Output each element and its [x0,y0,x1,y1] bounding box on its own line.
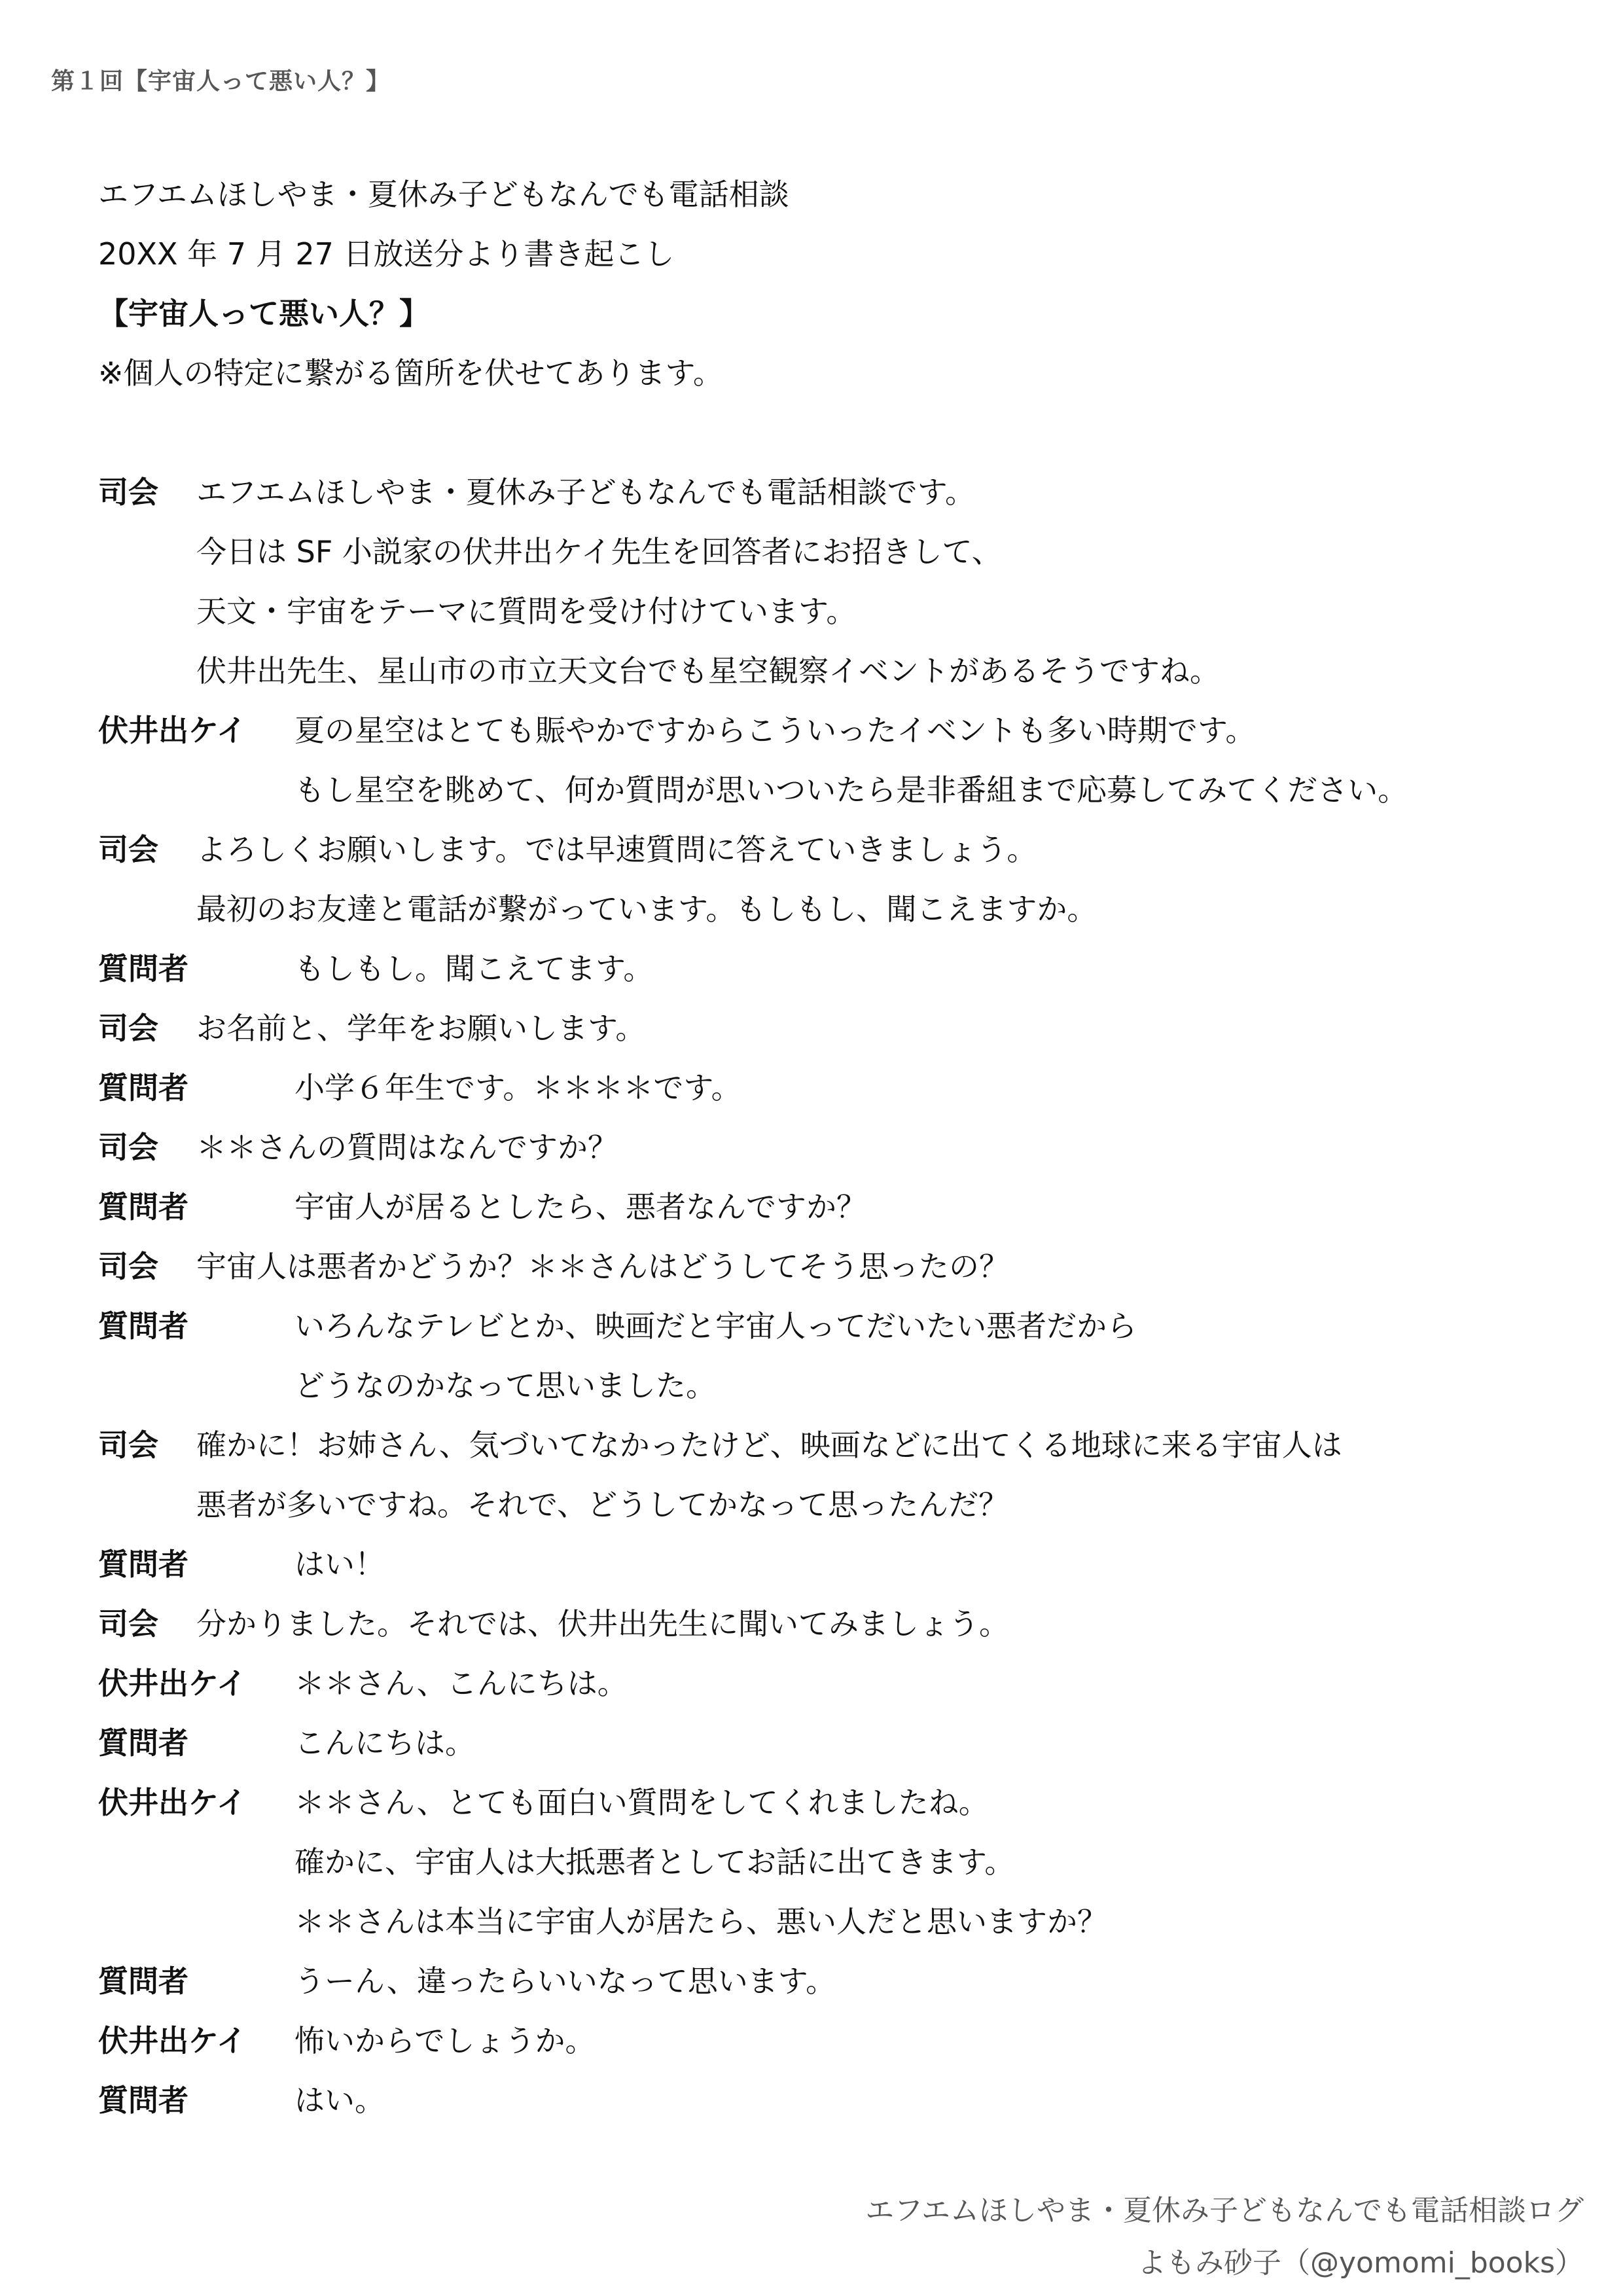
speaker-label: 伏井出ケイ [98,2011,294,2071]
utterance-line: 小学６年生です。＊＊＊＊です。 [294,1058,1603,1118]
dialogue-turn: 司会 ＊＊さんの質問はなんですか？ [98,1118,1603,1177]
utterance-line: ＊＊さん、こんにちは。 [294,1654,1603,1713]
speaker-label: 質問者 [98,1713,294,1773]
utterance-line: もし星空を眺めて、何か質問が思いついたら是非番組まで応募してみてください。 [294,761,1603,820]
author-credit: よもみ砂子（@yomomi_books） [865,2237,1584,2289]
dialogue-turn: 質問者 こんにちは。 [98,1713,1603,1773]
utterance-line: はい！ [294,1535,1603,1594]
utterance-line: エフエムほしやま・夏休み子どもなんでも電話相談です。 [196,463,1603,522]
dialogue-turn: 司会 エフエムほしやま・夏休み子どもなんでも電話相談です。 今日は SF 小説家… [98,463,1603,701]
dialogue-turn: 司会 分かりました。それでは、伏井出先生に聞いてみましょう。 [98,1594,1603,1654]
series-name: エフエムほしやま・夏休み子どもなんでも電話相談ログ [865,2185,1584,2237]
dialogue-turn: 司会 お名前と、学年をお願いします。 [98,999,1603,1058]
speaker-label: 伏井出ケイ [98,1773,294,1833]
dialogue-turn: 司会 よろしくお願いします。では早速質問に答えていきましょう。 最初のお友達と電… [98,820,1603,939]
utterance-line: よろしくお願いします。では早速質問に答えていきましょう。 [196,820,1603,880]
intro-block: エフエムほしやま・夏休み子どもなんでも電話相談 20XX 年 7 月 27 日放… [98,165,789,403]
utterance-line: ＊＊さんは本当に宇宙人が居たら、悪い人だと思いますか？ [294,1892,1603,1952]
program-name: エフエムほしやま・夏休み子どもなんでも電話相談 [98,165,789,224]
utterance-line: もしもし。聞こえてます。 [294,939,1603,999]
speaker-label: 質問者 [98,1535,294,1594]
utterance-line: 夏の星空はとても賑やかですからこういったイベントも多い時期です。 [294,701,1603,761]
page-footer: エフエムほしやま・夏休み子どもなんでも電話相談ログ よもみ砂子（@yomomi_… [865,2185,1584,2289]
utterance-line: 最初のお友達と電話が繋がっています。もしもし、聞こえますか。 [196,880,1603,939]
utterance-line: 分かりました。それでは、伏井出先生に聞いてみましょう。 [196,1594,1603,1654]
dialogue-turn: 伏井出ケイ ＊＊さん、こんにちは。 [98,1654,1603,1713]
dialogue-turn: 伏井出ケイ 怖いからでしょうか。 [98,2011,1603,2071]
privacy-note: ※個人の特定に繋がる箇所を伏せてあります。 [98,344,789,403]
broadcast-date: 20XX 年 7 月 27 日放送分より書き起こし [98,224,789,284]
utterance-line: 伏井出先生、星山市の市立天文台でも星空観察イベントがあるそうですね。 [196,641,1603,701]
dialogue-turn: 質問者 はい。 [98,2071,1603,2130]
utterance-line: 天文・宇宙をテーマに質問を受け付けています。 [196,582,1603,641]
dialogue-turn: 伏井出ケイ 夏の星空はとても賑やかですからこういったイベントも多い時期です。 も… [98,701,1603,820]
transcript: 司会 エフエムほしやま・夏休み子どもなんでも電話相談です。 今日は SF 小説家… [98,463,1603,2130]
speaker-label: 質問者 [98,2071,294,2130]
utterance-line: 確かに！お姉さん、気づいてなかったけど、映画などに出てくる地球に来る宇宙人は [196,1416,1603,1475]
speaker-label: 司会 [98,1118,196,1177]
speaker-label: 伏井出ケイ [98,701,294,761]
dialogue-turn: 司会 宇宙人は悪者かどうか？＊＊さんはどうしてそう思ったの？ [98,1237,1603,1297]
speaker-label: 質問者 [98,1177,294,1237]
utterance-line: こんにちは。 [294,1713,1603,1773]
utterance-line: はい。 [294,2071,1603,2130]
dialogue-turn: 司会 確かに！お姉さん、気づいてなかったけど、映画などに出てくる地球に来る宇宙人… [98,1416,1603,1535]
dialogue-turn: 伏井出ケイ ＊＊さん、とても面白い質問をしてくれましたね。 確かに、宇宙人は大抵… [98,1773,1603,1952]
utterance-line: どうなのかなって思いました。 [294,1356,1603,1416]
utterance-line: いろんなテレビとか、映画だと宇宙人ってだいたい悪者だから [294,1297,1603,1356]
utterance-line: 宇宙人は悪者かどうか？＊＊さんはどうしてそう思ったの？ [196,1237,1603,1297]
utterance-line: お名前と、学年をお願いします。 [196,999,1603,1058]
utterance-line: ＊＊さん、とても面白い質問をしてくれましたね。 [294,1773,1603,1833]
dialogue-turn: 質問者 うーん、違ったらいいなって思います。 [98,1952,1603,2011]
dialogue-turn: 質問者 宇宙人が居るとしたら、悪者なんですか？ [98,1177,1603,1237]
utterance-line: うーん、違ったらいいなって思います。 [294,1952,1603,2011]
utterance-line: 悪者が多いですね。それで、どうしてかなって思ったんだ？ [196,1475,1603,1535]
utterance-line: 今日は SF 小説家の伏井出ケイ先生を回答者にお招きして、 [196,522,1603,582]
speaker-label: 質問者 [98,939,294,999]
speaker-label: 質問者 [98,1058,294,1118]
utterance-line: ＊＊さんの質問はなんですか？ [196,1118,1603,1177]
running-header: 第１回【宇宙人って悪い人？】 [51,63,390,96]
dialogue-turn: 質問者 もしもし。聞こえてます。 [98,939,1603,999]
speaker-label: 司会 [98,999,196,1058]
dialogue-turn: 質問者 いろんなテレビとか、映画だと宇宙人ってだいたい悪者だから どうなのかなっ… [98,1297,1603,1416]
speaker-label: 司会 [98,1594,196,1654]
utterance-line: 確かに、宇宙人は大抵悪者としてお話に出てきます。 [294,1833,1603,1892]
dialogue-turn: 質問者 小学６年生です。＊＊＊＊です。 [98,1058,1603,1118]
utterance-line: 宇宙人が居るとしたら、悪者なんですか？ [294,1177,1603,1237]
speaker-label: 質問者 [98,1952,294,2011]
speaker-label: 司会 [98,1237,196,1297]
speaker-label: 司会 [98,820,196,880]
dialogue-turn: 質問者 はい！ [98,1535,1603,1594]
speaker-label: 司会 [98,463,196,522]
utterance-line: 怖いからでしょうか。 [294,2011,1603,2071]
speaker-label: 質問者 [98,1297,294,1356]
speaker-label: 司会 [98,1416,196,1475]
speaker-label: 伏井出ケイ [98,1654,294,1713]
episode-title: 【宇宙人って悪い人？】 [98,284,789,344]
